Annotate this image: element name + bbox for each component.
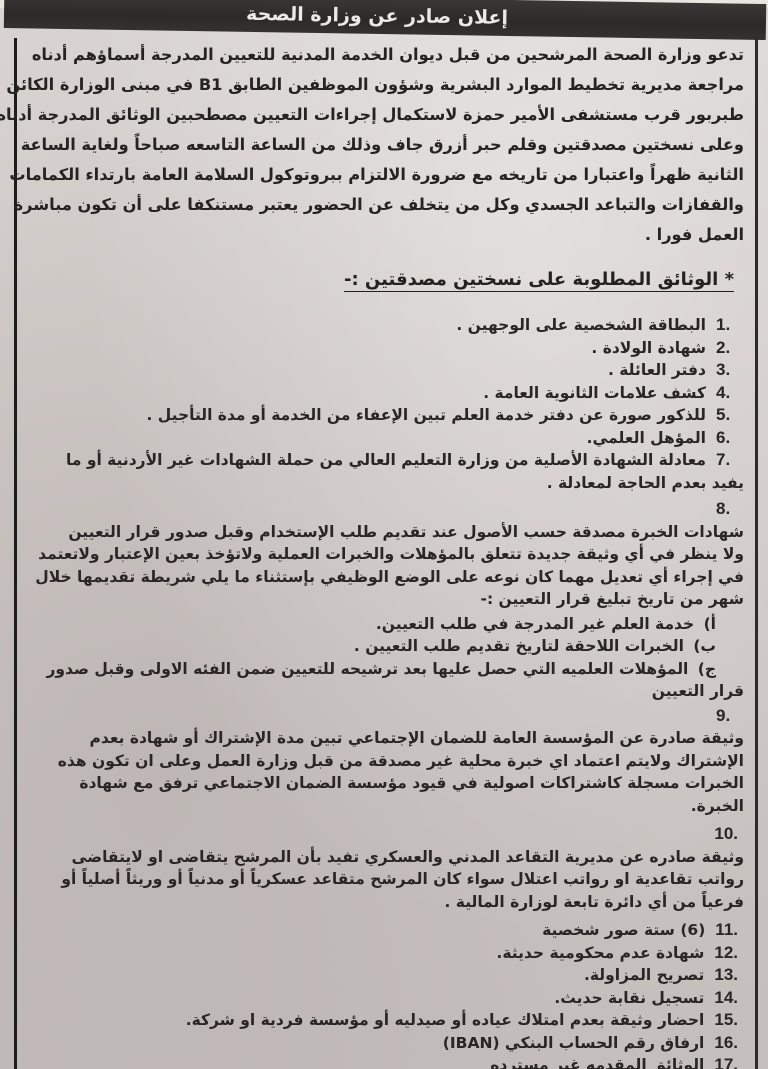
item-number: 10. bbox=[714, 823, 744, 846]
item-number: 15. bbox=[714, 1009, 738, 1032]
item-number: 2. bbox=[716, 337, 738, 360]
intro-line: والقفازات والتباعد الجسدي وكل من يتخلف ع… bbox=[22, 190, 744, 220]
sub-item-letter: ب) bbox=[693, 637, 716, 655]
intro-line: وعلى نسختين مصدقتين وقلم حبر أزرق جاف وذ… bbox=[22, 130, 744, 160]
item-number: 11. bbox=[715, 919, 738, 942]
documents-heading: * الوثائق المطلوبة على نسختين مصدقتين :- bbox=[22, 266, 740, 294]
sub-item-letter: أ) bbox=[704, 615, 716, 633]
sub-item-text: خدمة العلم غير المدرجة في طلب التعيين. bbox=[376, 615, 694, 633]
item-text-line: الإشتراك ولايتم اعتماد اي خبرة محلية غير… bbox=[22, 750, 744, 773]
item-text-line: شهر من تاريخ تبليغ قرار التعيين :- bbox=[22, 588, 744, 611]
item-text-line: فرعياً من أي دائرة تابعة لوزارة المالية … bbox=[22, 891, 744, 914]
list-item: 3. دفتر العائلة . bbox=[22, 359, 744, 382]
list-item: 9.وثيقة صادرة عن المؤسسة العامة للضمان ا… bbox=[22, 705, 744, 818]
item-text: الوثائق المقدمه غير مسترده bbox=[22, 1054, 704, 1069]
item-text: دفتر العائلة . bbox=[22, 359, 706, 382]
item-text: (6) ستة صور شخصية bbox=[22, 919, 705, 942]
intro-line: طبربور قرب مستشفى الأمير حمزة لاستكمال إ… bbox=[22, 100, 744, 130]
list-item: 13. تصريح المزاولة. bbox=[22, 964, 744, 987]
item-number: 8. bbox=[716, 498, 744, 521]
sub-item-text: المؤهلات العلميه التي حصل عليها بعد ترشي… bbox=[46, 660, 688, 678]
item-text: كشف علامات الثانوية العامة . bbox=[22, 382, 706, 405]
item-number: 12. bbox=[714, 942, 738, 965]
item-number: 14. bbox=[714, 987, 738, 1010]
list-item: 2. شهادة الولادة . bbox=[22, 337, 744, 360]
item-text: المؤهل العلمي. bbox=[22, 427, 706, 450]
sub-item: أ) خدمة العلم غير المدرجة في طلب التعيين… bbox=[22, 613, 716, 636]
list-item: 1. البطاقة الشخصية على الوجهين . bbox=[22, 314, 744, 337]
list-item: 15. احضار وثيقة بعدم امتلاك عياده أو صيد… bbox=[22, 1009, 744, 1032]
intro-paragraph: تدعو وزارة الصحة المرشحين من قبل ديوان ا… bbox=[22, 40, 744, 250]
documents-list: 1. البطاقة الشخصية على الوجهين . 2. شهاد… bbox=[22, 314, 744, 1069]
item-number: 7. bbox=[716, 449, 738, 472]
item-text: وثيقة صادره عن مديرية التقاعد المدني وال… bbox=[22, 846, 744, 869]
list-item: 12. شهادة عدم محكومية حديثة. bbox=[22, 942, 744, 965]
list-item: 4. كشف علامات الثانوية العامة . bbox=[22, 382, 744, 405]
item-text-line: الخبرة. bbox=[22, 795, 744, 818]
item-text: احضار وثيقة بعدم امتلاك عياده أو صيدليه … bbox=[22, 1009, 704, 1032]
item-text-line: رواتب تقاعدية او رواتب اعتلال سواء كان ا… bbox=[22, 868, 744, 891]
item-number: 6. bbox=[716, 427, 738, 450]
item-continuation: يفيد بعدم الحاجة لمعادلة . bbox=[22, 472, 744, 495]
item-number: 5. bbox=[716, 404, 738, 427]
item-text: للذكور صورة عن دفتر خدمة العلم تبين الإع… bbox=[22, 404, 706, 427]
item-number: 1. bbox=[716, 314, 738, 337]
item-text-line: في إجراء أي تعديل مهما كان نوعه على الوض… bbox=[22, 566, 744, 589]
item-text: تصريح المزاولة. bbox=[22, 964, 704, 987]
announcement-body: تدعو وزارة الصحة المرشحين من قبل ديوان ا… bbox=[22, 40, 744, 1069]
item-number: 13. bbox=[714, 964, 738, 987]
item-text-line: ولا ينظر في أي وثيقة جديدة تتعلق بالمؤهل… bbox=[22, 543, 744, 566]
item-text-line: الخبرات مسجلة كاشتراكات اصولية في قيود م… bbox=[22, 772, 744, 795]
item-text: شهادة عدم محكومية حديثة. bbox=[22, 942, 704, 965]
item-text: شهادة الولادة . bbox=[22, 337, 706, 360]
item-number: 9. bbox=[716, 705, 744, 728]
intro-line: مراجعة مديرية تخطيط الموارد البشرية وشؤو… bbox=[22, 70, 744, 100]
list-item: 11. (6) ستة صور شخصية bbox=[22, 919, 744, 942]
item-text: معادلة الشهادة الأصلية من وزارة التعليم … bbox=[22, 449, 706, 472]
list-item: 17. الوثائق المقدمه غير مسترده bbox=[22, 1054, 744, 1069]
intro-line: تدعو وزارة الصحة المرشحين من قبل ديوان ا… bbox=[22, 40, 744, 70]
intro-line: العمل فورا . bbox=[22, 220, 744, 250]
item-text: شهادات الخبرة مصدقة حسب الأصول عند تقديم… bbox=[22, 521, 744, 544]
announcement-title: إعلان صادر عن وزارة الصحة bbox=[246, 3, 508, 29]
list-item: 7. معادلة الشهادة الأصلية من وزارة التعل… bbox=[22, 449, 744, 494]
item-8-sublist: أ) خدمة العلم غير المدرجة في طلب التعيين… bbox=[22, 613, 744, 681]
sub-item: ج) المؤهلات العلميه التي حصل عليها بعد ت… bbox=[22, 658, 716, 681]
sub-item: ب) الخبرات اللاحقة لتاريخ تقديم طلب التع… bbox=[22, 635, 716, 658]
sub-item-letter: ج) bbox=[698, 660, 716, 678]
list-item: 16. ارفاق رقم الحساب البنكي (IBAN) bbox=[22, 1032, 744, 1055]
item-number: 17. bbox=[714, 1054, 738, 1069]
intro-line: الثانية ظهراً واعتبارا من تاريخه مع ضرور… bbox=[22, 160, 744, 190]
sub-item-text: الخبرات اللاحقة لتاريخ تقديم طلب التعيين… bbox=[354, 637, 684, 655]
list-item: 10.وثيقة صادره عن مديرية التقاعد المدني … bbox=[22, 823, 744, 913]
item-text: ارفاق رقم الحساب البنكي (IBAN) bbox=[22, 1032, 704, 1055]
list-item: 6. المؤهل العلمي. bbox=[22, 427, 744, 450]
item-text: البطاقة الشخصية على الوجهين . bbox=[22, 314, 706, 337]
item-text: وثيقة صادرة عن المؤسسة العامة للضمان الإ… bbox=[22, 727, 744, 750]
item-number: 16. bbox=[714, 1032, 738, 1055]
list-item: 14. تسجيل نقابة حديث. bbox=[22, 987, 744, 1010]
item-number: 4. bbox=[716, 382, 738, 405]
list-item: 5. للذكور صورة عن دفتر خدمة العلم تبين ا… bbox=[22, 404, 744, 427]
item-number: 3. bbox=[716, 359, 738, 382]
sub-item-continuation: قرار التعيين bbox=[22, 680, 744, 703]
list-item: 8.شهادات الخبرة مصدقة حسب الأصول عند تقد… bbox=[22, 498, 744, 703]
item-text: تسجيل نقابة حديث. bbox=[22, 987, 704, 1010]
